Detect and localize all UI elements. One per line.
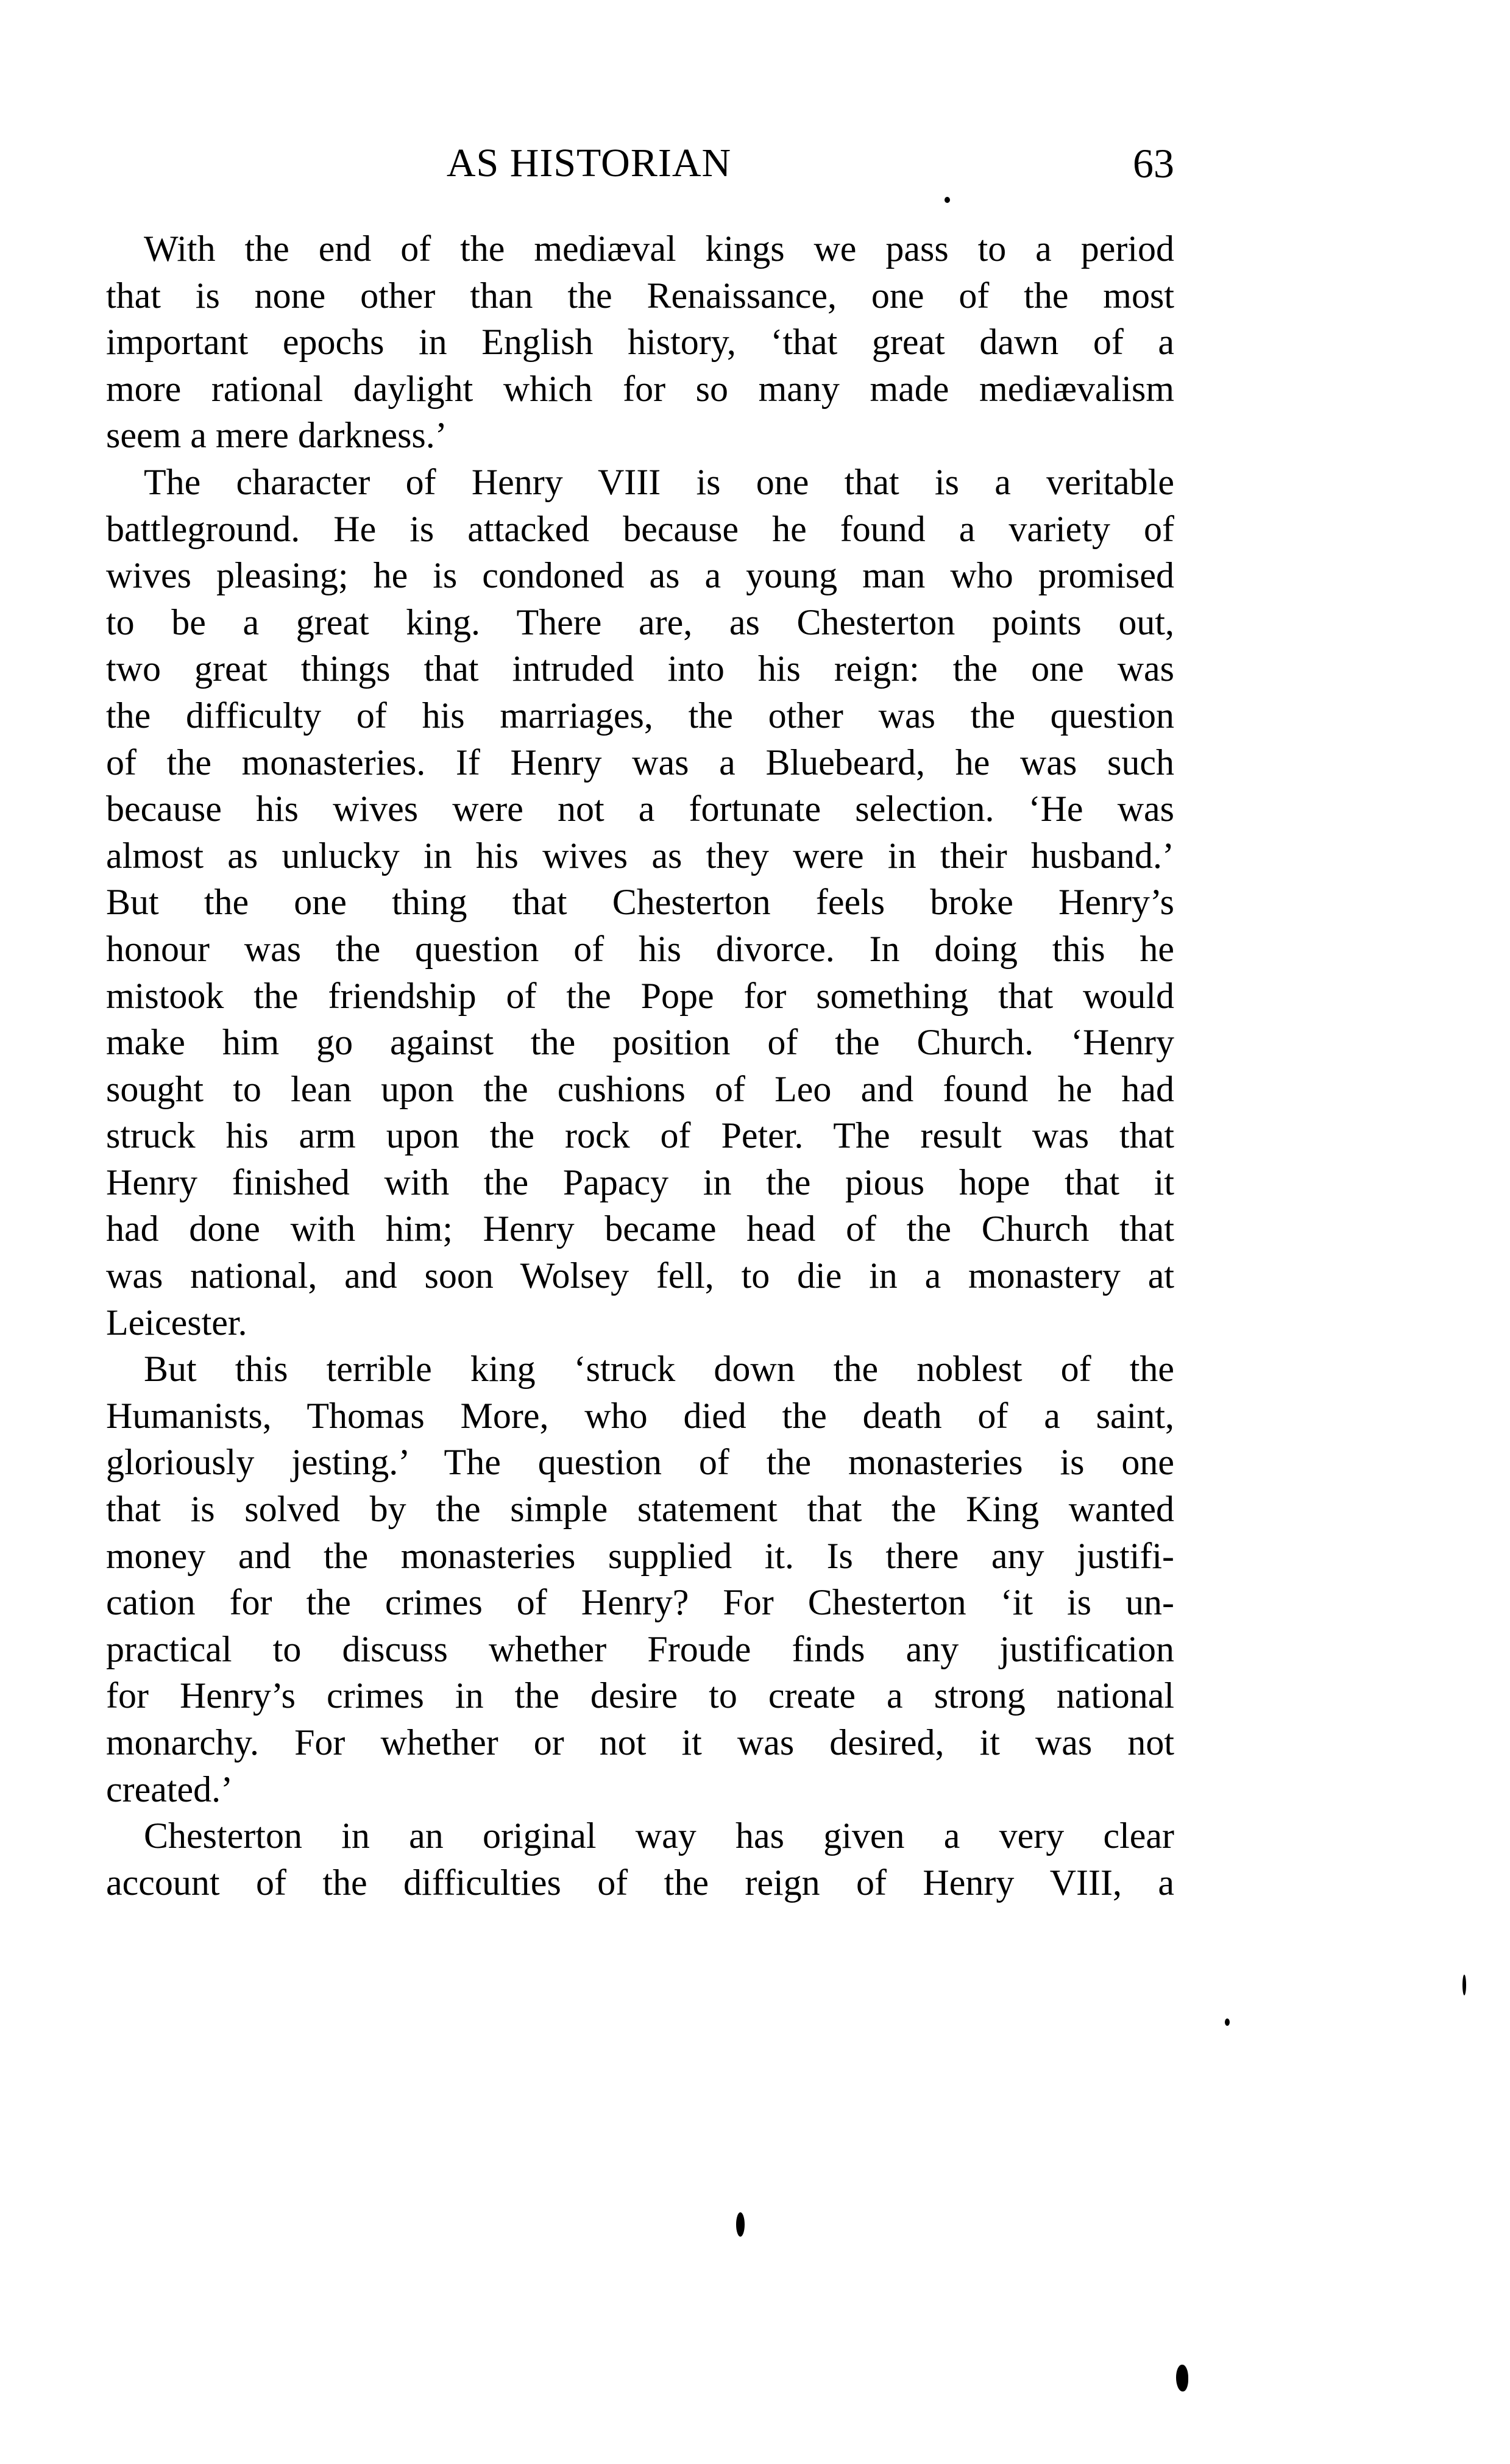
text-line: But this terrible king ‘struck down the …: [106, 1346, 1174, 1393]
text-line: that is none other than the Renaissance,…: [106, 272, 1174, 319]
running-head-title: AS HISTORIAN: [106, 139, 1174, 188]
scan-speck: [1225, 2018, 1230, 2026]
text-line: sought to lean upon the cushions of Leo …: [106, 1066, 1174, 1113]
text-line: created.’: [106, 1766, 1174, 1813]
scan-speck: [945, 197, 950, 203]
text-line: wives pleasing; he is condoned as a youn…: [106, 552, 1174, 599]
text-line: was national, and soon Wolsey fell, to d…: [106, 1252, 1174, 1299]
running-head-title-text: AS HISTORIAN: [447, 139, 731, 188]
text-line: seem a mere darkness.’: [106, 412, 1174, 459]
page-number: 63: [1133, 139, 1174, 188]
text-line: for Henry’s crimes in the desire to crea…: [106, 1672, 1174, 1719]
text-line: mistook the friendship of the Pope for s…: [106, 973, 1174, 1020]
scan-speck: [736, 2212, 745, 2237]
text-line: the difficulty of his marriages, the oth…: [106, 692, 1174, 739]
text-line: But the one thing that Chesterton feels …: [106, 879, 1174, 926]
text-line: Chesterton in an original way has given …: [106, 1812, 1174, 1859]
paragraph: With the end of the mediæval kings we pa…: [106, 225, 1174, 459]
text-line: monarchy. For whether or not it was desi…: [106, 1719, 1174, 1766]
text-line: that is solved by the simple statement t…: [106, 1486, 1174, 1533]
book-page: AS HISTORIAN 63 With the end of the medi…: [0, 0, 1510, 2464]
text-line: money and the monasteries supplied it. I…: [106, 1533, 1174, 1580]
paragraph: The character of Henry VIII is one that …: [106, 459, 1174, 1346]
scan-speck: [1176, 2365, 1188, 2391]
running-head: AS HISTORIAN 63: [106, 139, 1174, 188]
text-line: battleground. He is attacked because he …: [106, 506, 1174, 553]
paragraph: Chesterton in an original way has given …: [106, 1812, 1174, 1906]
text-line: The character of Henry VIII is one that …: [106, 459, 1174, 506]
text-line: of the monasteries. If Henry was a Blueb…: [106, 739, 1174, 786]
text-line: struck his arm upon the rock of Peter. T…: [106, 1112, 1174, 1159]
text-line: account of the difficulties of the reign…: [106, 1859, 1174, 1906]
text-line: Humanists, Thomas More, who died the dea…: [106, 1393, 1174, 1440]
paragraph: But this terrible king ‘struck down the …: [106, 1346, 1174, 1812]
text-line: cation for the crimes of Henry? For Ches…: [106, 1579, 1174, 1626]
text-line: had done with him; Henry became head of …: [106, 1205, 1174, 1252]
text-line: make him go against the position of the …: [106, 1019, 1174, 1066]
text-line: practical to discuss whether Froude find…: [106, 1626, 1174, 1673]
text-line: two great things that intruded into his …: [106, 645, 1174, 692]
text-line: Leicester.: [106, 1299, 1174, 1346]
text-line: With the end of the mediæval kings we pa…: [106, 225, 1174, 272]
text-line: important epochs in English history, ‘th…: [106, 319, 1174, 366]
text-line: because his wives were not a fortunate s…: [106, 786, 1174, 833]
text-line: Henry finished with the Papacy in the pi…: [106, 1159, 1174, 1206]
body-text: With the end of the mediæval kings we pa…: [106, 225, 1174, 1906]
text-line: honour was the question of his divorce. …: [106, 926, 1174, 973]
scan-speck: [1462, 1975, 1466, 1995]
text-line: gloriously jesting.’ The question of the…: [106, 1439, 1174, 1486]
text-line: more rational daylight which for so many…: [106, 366, 1174, 413]
text-line: to be a great king. There are, as Cheste…: [106, 599, 1174, 646]
text-line: almost as unlucky in his wives as they w…: [106, 833, 1174, 879]
